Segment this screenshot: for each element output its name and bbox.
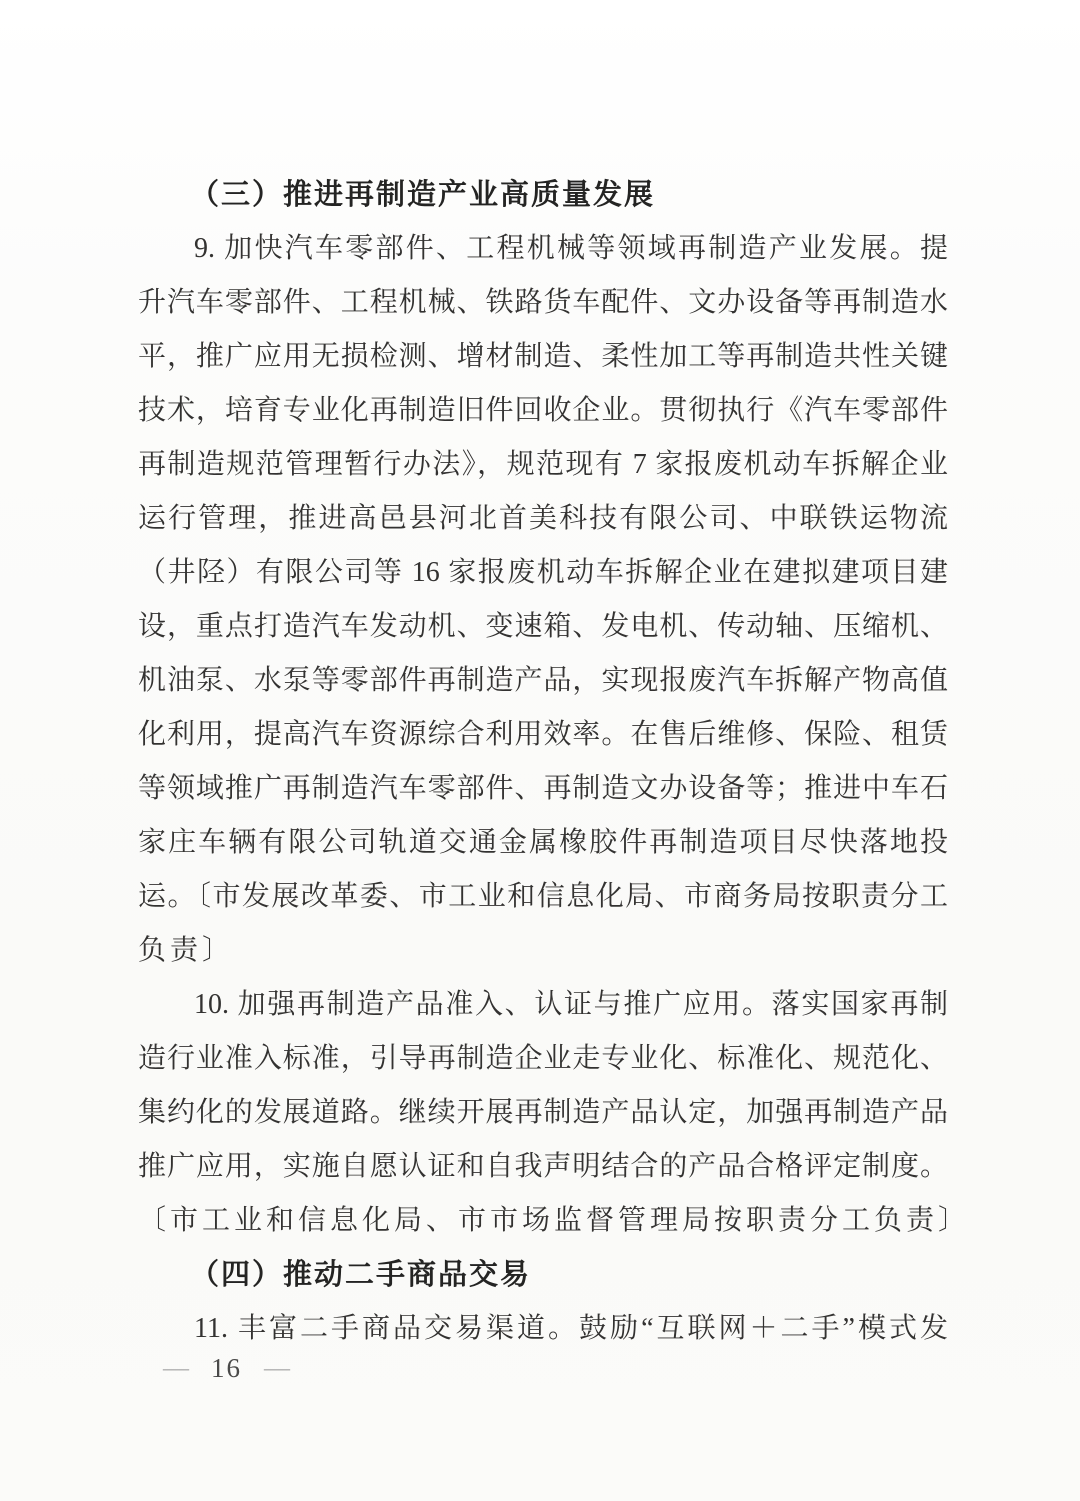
para-9-line: 化利用，提高汽车资源综合利用效率。在售后维修、保险、租赁 bbox=[138, 708, 948, 762]
document-page: （三）推进再制造产业高质量发展 9. 加快汽车零部件、工程机械等领域再制造产业发… bbox=[0, 0, 1080, 1501]
para-10-line: 10. 加强再制造产品准入、认证与推广应用。落实国家再制 bbox=[138, 978, 948, 1032]
para-10-line: 推广应用，实施自愿认证和自我声明结合的产品合格评定制度。 bbox=[138, 1140, 948, 1194]
para-9-line: （井陉）有限公司等 16 家报废机动车拆解企业在建拟建项目建 bbox=[138, 546, 948, 600]
para-9-line-last: 负责〕 bbox=[138, 924, 948, 978]
footer-left-dash: — bbox=[163, 1346, 189, 1390]
para-9-line: 9. 加快汽车零部件、工程机械等领域再制造产业发展。提 bbox=[138, 222, 948, 276]
para-9-line: 家庄车辆有限公司轨道交通金属橡胶件再制造项目尽快落地投 bbox=[138, 816, 948, 870]
para-9-line: 升汽车零部件、工程机械、铁路货车配件、文办设备等再制造水 bbox=[138, 276, 948, 330]
para-9-line: 平，推广应用无损检测、增材制造、柔性加工等再制造共性关键 bbox=[138, 330, 948, 384]
para-10-line-last: 〔市工业和信息化局、市市场监督管理局按职责分工负责〕 bbox=[138, 1194, 948, 1248]
para-9-line: 机油泵、水泵等零部件再制造产品，实现报废汽车拆解产物高值 bbox=[138, 654, 948, 708]
footer-right-dash: — bbox=[264, 1346, 290, 1390]
para-9-line: 等领域推广再制造汽车零部件、再制造文办设备等；推进中车石 bbox=[138, 762, 948, 816]
para-10-line: 集约化的发展道路。继续开展再制造产品认定，加强再制造产品 bbox=[138, 1086, 948, 1140]
para-10-line: 造行业准入标准，引导再制造企业走专业化、标准化、规范化、 bbox=[138, 1032, 948, 1086]
section-heading-3: （三）推进再制造产业高质量发展 bbox=[138, 168, 948, 222]
section-heading-4: （四）推动二手商品交易 bbox=[138, 1248, 948, 1302]
para-9-line: 再制造规范管理暂行办法》，规范现有 7 家报废机动车拆解企业 bbox=[138, 438, 948, 492]
para-9-line: 技术，培育专业化再制造旧件回收企业。贯彻执行《汽车零部件 bbox=[138, 384, 948, 438]
page-number: 16 bbox=[211, 1346, 242, 1390]
page-footer: — 16 — bbox=[163, 1346, 290, 1390]
para-9-line: 设，重点打造汽车发动机、变速箱、发电机、传动轴、压缩机、 bbox=[138, 600, 948, 654]
para-9-line: 运。〔市发展改革委、市工业和信息化局、市商务局按职责分工 bbox=[138, 870, 948, 924]
document-body: （三）推进再制造产业高质量发展 9. 加快汽车零部件、工程机械等领域再制造产业发… bbox=[138, 168, 948, 1356]
para-9-line: 运行管理，推进高邑县河北首美科技有限公司、中联铁运物流 bbox=[138, 492, 948, 546]
